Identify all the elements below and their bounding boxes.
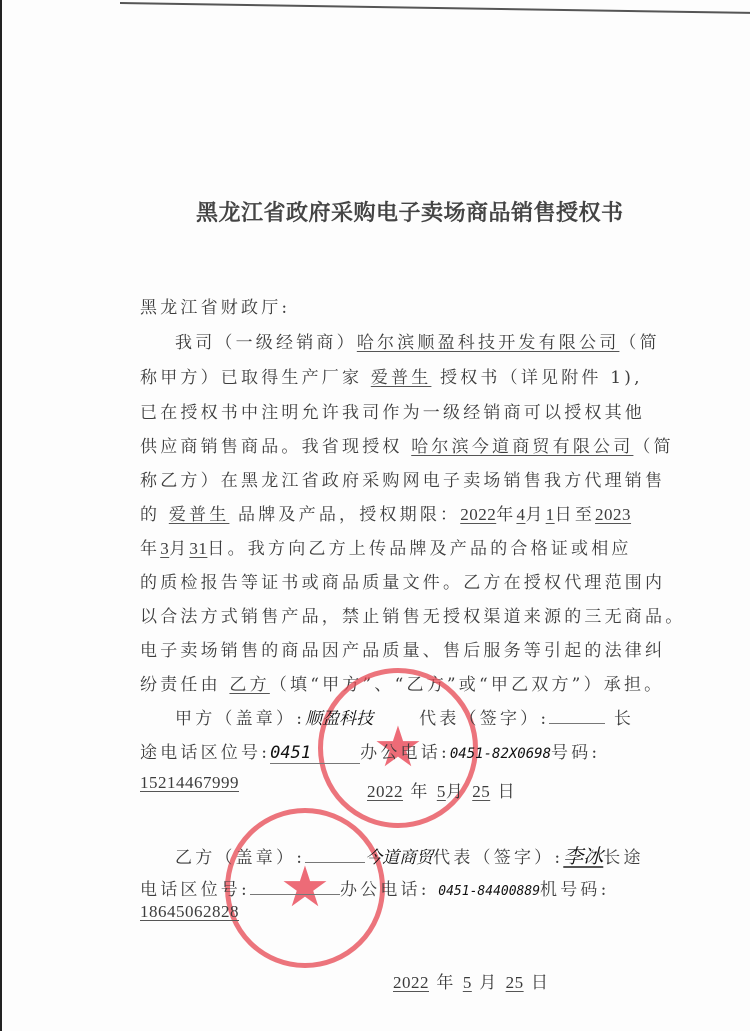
party-a-mobile: 15214467999	[140, 773, 239, 792]
liability-party: 乙方	[229, 675, 269, 695]
body-line-6: 的 爱普生 品牌及产品，授权期限：2022年4月1日至2023	[140, 500, 631, 525]
body-line-10: 电子卖场销售的商品因产品质量、售后服务等引起的法律纠	[140, 636, 665, 661]
party-b-seal-line: 乙方（盖章）:今道商贸代表（签字）:李冰长途	[175, 840, 644, 869]
start-day: 1	[546, 505, 555, 524]
party-a-office-phone: 0451-82X0698	[450, 746, 551, 762]
end-month: 3	[160, 539, 169, 558]
party-b-phone-line: 电话区位号:办公电话: 0451-84400889机号码:	[140, 875, 610, 900]
body-line-1: 我司（一级经销商）哈尔滨顺盈科技开发有限公司（简	[175, 328, 660, 353]
end-year: 2023	[595, 505, 631, 524]
party-b-mobile-line: 18645062828	[140, 902, 239, 922]
brand: 爱普生	[169, 505, 230, 525]
party-a-area-code: 0451	[270, 743, 360, 764]
body-line-5: 称乙方）在黑龙江省政府采购网电子卖场销售我方代理销售	[140, 466, 665, 491]
party-a-seal-handwriting: 顺盈科技	[305, 709, 373, 729]
party-a-date: 2022 年 5月 25 日	[367, 777, 517, 802]
party-b-office-phone: 0451-84400889	[438, 884, 540, 899]
start-year: 2022	[460, 505, 496, 524]
body-line-9: 以合法方式销售产品，禁止销售无授权渠道来源的三无商品。	[140, 602, 685, 627]
party-b-company: 哈尔滨今道商贸有限公司	[411, 437, 633, 457]
end-day: 31	[189, 539, 207, 558]
party-a-rep-signature	[549, 723, 605, 724]
body-line-8: 的质检报告等证书或商品质量文件。乙方在授权代理范围内	[140, 568, 665, 593]
party-b-rep-signature: 李冰	[563, 844, 603, 868]
party-b-area-code	[250, 894, 340, 895]
document-title: 黑龙江省政府采购电子卖场商品销售授权书	[196, 196, 646, 227]
scan-left-edge	[0, 0, 2, 1031]
party-a-mobile-line: 15214467999	[140, 773, 239, 793]
party-a-phone-line: 途电话区位号:0451办公电话:0451-82X0698号码:	[140, 738, 600, 764]
body-line-4: 供应商销售商品。我省现授权 哈尔滨今道商贸有限公司（简	[140, 432, 674, 457]
body-line-7: 年3月31日。我方向乙方上传品牌及产品的合格证或相应	[140, 534, 632, 559]
manufacturer: 爱普生	[371, 368, 432, 388]
addressee: 黑龙江省财政厅:	[140, 293, 290, 318]
body-line-3: 已在授权书中注明允许我司作为一级经销商可以授权其他	[140, 398, 645, 423]
party-b-seal-handwriting: 今道商贸	[365, 848, 433, 868]
scan-top-edge	[120, 0, 750, 18]
party-a-company: 哈尔滨顺盈科技开发有限公司	[357, 333, 620, 353]
party-a-seal-line: 甲方（盖章）:顺盈科技代表（签字）: 长	[175, 704, 634, 729]
party-b-mobile: 18645062828	[140, 902, 239, 921]
body-line-2: 称甲方）已取得生产厂家 爱普生 授权书（详见附件 1),	[140, 363, 643, 388]
party-b-date: 2022 年 5 月 25 日	[393, 968, 550, 993]
